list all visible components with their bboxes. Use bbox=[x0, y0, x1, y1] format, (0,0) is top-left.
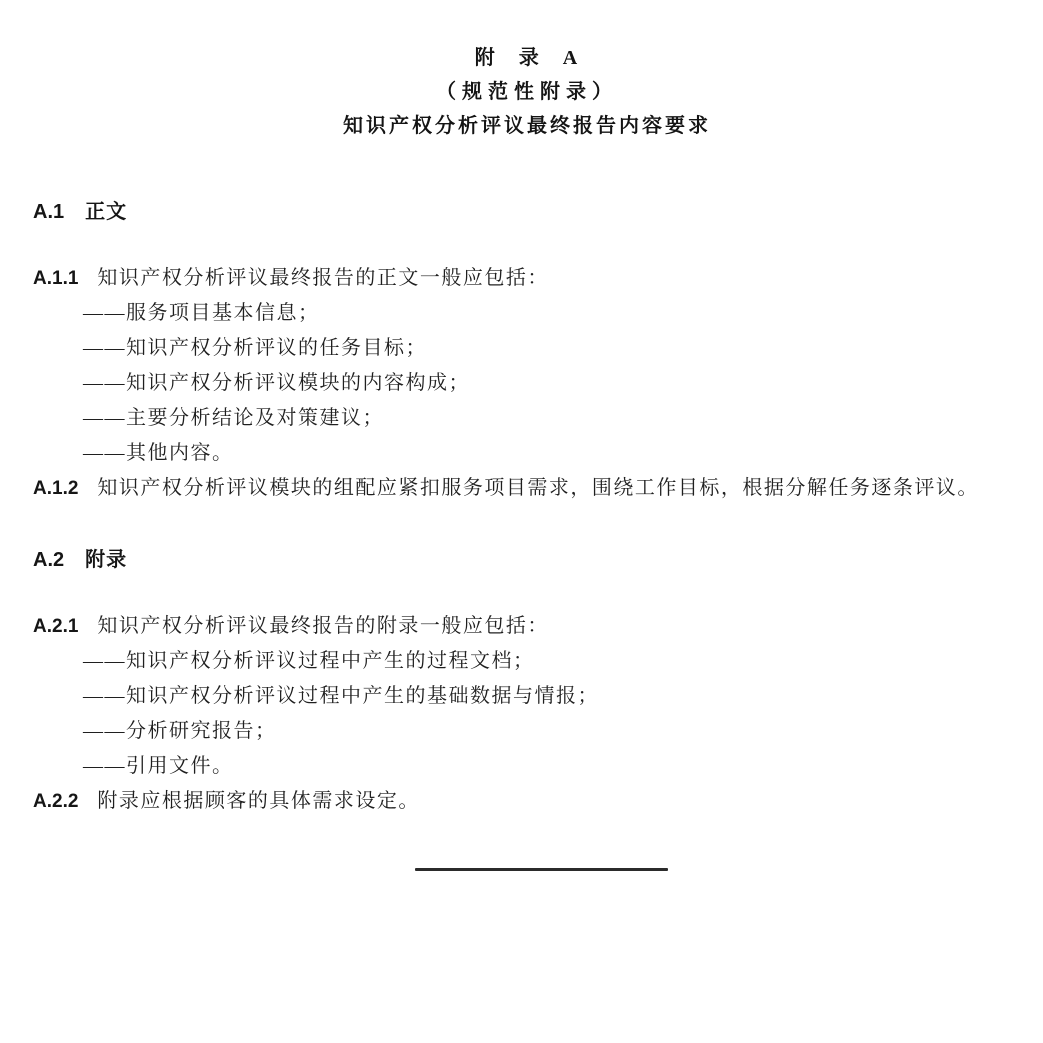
appendix-type: （规范性附录） bbox=[33, 80, 1021, 104]
clause-number: A.1.2 bbox=[33, 478, 78, 499]
clause-number: A.2.1 bbox=[33, 616, 78, 637]
document-page: 附 录 A （规范性附录） 知识产权分析评议最终报告内容要求 A.1正文 A.1… bbox=[0, 0, 1043, 1043]
clause-text: 知识产权分析评议最终报告的正文一般应包括： bbox=[97, 267, 549, 289]
dash-list-item: ——引用文件。 bbox=[33, 749, 1021, 784]
page-content: 附 录 A （规范性附录） 知识产权分析评议最终报告内容要求 A.1正文 A.1… bbox=[0, 0, 1043, 871]
dash-list-item: ——知识产权分析评议过程中产生的基础数据与情报； bbox=[33, 679, 1021, 714]
dash-list-item: ——分析研究报告； bbox=[33, 714, 1021, 749]
clause-a11: A.1.1知识产权分析评议最终报告的正文一般应包括： bbox=[33, 261, 1021, 296]
clause-text: 知识产权分析评议模块的组配应紧扣服务项目需求，围绕工作目标，根据分解任务逐条评议… bbox=[97, 477, 979, 499]
dash-list-item: ——知识产权分析评议模块的内容构成； bbox=[33, 366, 1021, 401]
section-number: A.2 bbox=[33, 549, 64, 571]
dash-list-item: ——知识产权分析评议过程中产生的过程文档； bbox=[33, 644, 1021, 679]
appendix-label: 附 录 A bbox=[33, 0, 1021, 70]
end-of-document-rule bbox=[415, 868, 668, 871]
appendix-title: 知识产权分析评议最终报告内容要求 bbox=[33, 114, 1021, 138]
clause-a21: A.2.1知识产权分析评议最终报告的附录一般应包括： bbox=[33, 609, 1021, 644]
section-number: A.1 bbox=[33, 201, 64, 223]
dash-list-item: ——知识产权分析评议的任务目标； bbox=[33, 331, 1021, 366]
clause-number: A.2.2 bbox=[33, 791, 78, 812]
clause-text: 附录应根据顾客的具体需求设定。 bbox=[97, 790, 420, 812]
clause-a12: A.1.2知识产权分析评议模块的组配应紧扣服务项目需求，围绕工作目标，根据分解任… bbox=[33, 471, 1021, 506]
clause-a22: A.2.2附录应根据顾客的具体需求设定。 bbox=[33, 784, 1021, 819]
dash-list-item: ——主要分析结论及对策建议； bbox=[33, 401, 1021, 436]
clause-text: 知识产权分析评议最终报告的附录一般应包括： bbox=[97, 615, 549, 637]
section-heading-a1: A.1正文 bbox=[33, 200, 1021, 225]
section-title: 附录 bbox=[85, 549, 127, 571]
section-title: 正文 bbox=[85, 201, 127, 223]
clause-number: A.1.1 bbox=[33, 268, 78, 289]
dash-list-item: ——服务项目基本信息； bbox=[33, 296, 1021, 331]
dash-list-item: ——其他内容。 bbox=[33, 436, 1021, 471]
section-heading-a2: A.2附录 bbox=[33, 548, 1021, 573]
